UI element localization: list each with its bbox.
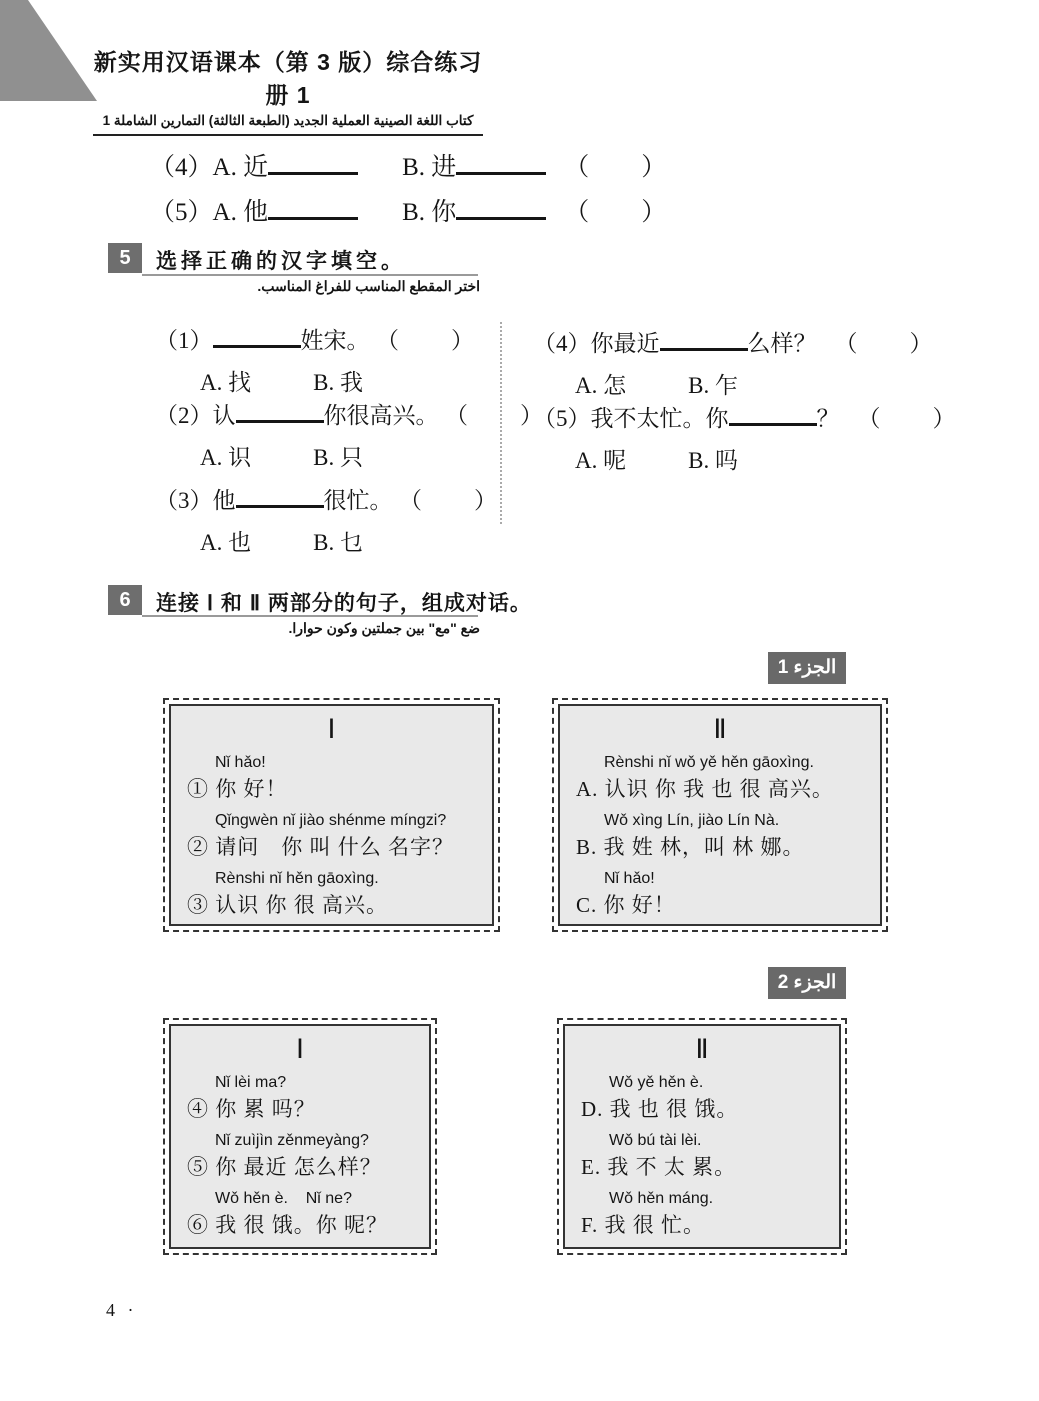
- question-number: （1）: [155, 328, 213, 353]
- part1-badge: الجزء 1: [768, 652, 846, 684]
- hanzi-line: ① 你 好！: [187, 773, 482, 803]
- match-box-part2-I: Ⅰ Nǐ lèi ma? ④ 你 累 吗？ Nǐ zuìjìn zěnmeyàn…: [163, 1018, 437, 1255]
- match-box-inner: Ⅰ Nǐ lèi ma? ④ 你 累 吗？ Nǐ zuìjìn zěnmeyàn…: [169, 1024, 431, 1249]
- item-number: （4）: [150, 154, 213, 181]
- question: （3）他很忙。（）: [155, 482, 497, 515]
- paren-close: ）: [933, 406, 956, 431]
- match-item: Rènshi nǐ wǒ yě hěn gāoxìng. A. 认识 你 我 也…: [576, 754, 870, 803]
- item-number: （5）: [150, 199, 213, 226]
- match-item: Wǒ bú tài lèi. E. 我 不 太 累。: [581, 1132, 829, 1181]
- option-a: A. 识: [200, 445, 251, 470]
- match-item: Wǒ hěn è. Nǐ ne? ⑥ 我 很 饿。你 呢？: [187, 1190, 419, 1239]
- choice-b: B. 进: [402, 154, 456, 181]
- option-b: B. 乜: [313, 530, 363, 555]
- match-box-title: Ⅰ: [181, 1034, 419, 1065]
- answer-parentheses: （）: [457, 403, 544, 428]
- match-box-title: Ⅰ: [181, 714, 482, 745]
- option-a: A. 找: [200, 370, 251, 395]
- option-a: A. 怎: [575, 373, 626, 398]
- paren-open: （: [388, 328, 400, 353]
- section5-instruction-arabic: اختر المقطع المناسب للفراغ المناسب.: [165, 278, 480, 295]
- question-text: 认: [213, 403, 236, 428]
- match-item: Nǐ hǎo! ① 你 好！: [187, 754, 482, 803]
- options-row: A. 识B. 只: [200, 439, 363, 472]
- pinyin-line: Wǒ hěn máng.: [609, 1190, 829, 1208]
- hanzi-line: F. 我 很 忙。: [581, 1209, 829, 1239]
- paren-open: （: [564, 199, 589, 226]
- hanzi-line: E. 我 不 太 累。: [581, 1151, 829, 1181]
- options-row: A. 也B. 乜: [200, 524, 363, 557]
- answer-parentheses: （）: [411, 488, 498, 513]
- corner-triangle-decoration: [0, 0, 100, 101]
- option-b: B. 乍: [688, 373, 738, 398]
- pinyin-line: Nǐ lèi ma?: [215, 1074, 419, 1092]
- pinyin-line: Wǒ hěn è. Nǐ ne?: [215, 1190, 419, 1208]
- question-text: 么样？: [748, 331, 817, 356]
- options-row: A. 呢B. 吗: [575, 442, 738, 475]
- question-number: （4）: [533, 331, 591, 356]
- match-box-part1-I: Ⅰ Nǐ hǎo! ① 你 好！ Qǐngwèn nǐ jiào shénme …: [163, 698, 500, 932]
- section5-rule: [142, 274, 478, 276]
- pinyin-line: Wǒ xìng Lín, jiào Lín Nà.: [604, 812, 870, 830]
- pinyin-line: Wǒ bú tài lèi.: [609, 1132, 829, 1150]
- pinyin-line: Wǒ yě hěn è.: [609, 1074, 829, 1092]
- section6-rule: [142, 615, 478, 617]
- question-text: ？: [817, 406, 840, 431]
- hanzi-line: C. 你 好！: [576, 889, 870, 919]
- answer-blank: [456, 172, 546, 175]
- fill-blank: [729, 423, 817, 426]
- page-header: 新实用汉语课本（第 3 版）综合练习册 1 كتاب اللغة الصينية…: [93, 44, 483, 136]
- hanzi-line: B. 我 姓 林，叫 林 娜。: [576, 831, 870, 861]
- hanzi-line: ⑤ 你 最近 怎么样？: [187, 1151, 419, 1181]
- fill-blank: [236, 505, 324, 508]
- match-item: Nǐ zuìjìn zěnmeyàng? ⑤ 你 最近 怎么样？: [187, 1132, 419, 1181]
- fill-blank: [660, 348, 748, 351]
- paren-close: ）: [641, 154, 666, 181]
- question-number: （2）: [155, 403, 213, 428]
- paren-open: （: [564, 154, 589, 181]
- answer-blank: [268, 217, 358, 220]
- match-item: Nǐ hǎo! C. 你 好！: [576, 870, 870, 919]
- match-item: Qǐngwèn nǐ jiào shénme míngzi? ② 请问 你 叫 …: [187, 812, 482, 861]
- match-box-inner: Ⅱ Wǒ yě hěn è. D. 我 也 很 饿。 Wǒ bú tài lèi…: [563, 1024, 841, 1249]
- paren-open: （: [411, 488, 423, 513]
- paren-open: （: [858, 406, 881, 431]
- option-a: A. 呢: [575, 448, 626, 473]
- question: （4）你最近么样？（）: [533, 325, 933, 358]
- match-box-part2-II: Ⅱ Wǒ yě hěn è. D. 我 也 很 饿。 Wǒ bú tài lèi…: [557, 1018, 847, 1255]
- section6-title: 连接 Ⅰ 和 Ⅱ 两部分的句子，组成对话。: [156, 587, 532, 617]
- match-item: Wǒ yě hěn è. D. 我 也 很 饿。: [581, 1074, 829, 1123]
- answer-parentheses: （）: [858, 406, 956, 431]
- pinyin-line: Nǐ hǎo!: [215, 754, 482, 772]
- match-box-inner: Ⅱ Rènshi nǐ wǒ yě hěn gāoxìng. A. 认识 你 我…: [558, 704, 882, 926]
- question-text: 我不太忙。你: [591, 406, 729, 431]
- options-row: A. 找B. 我: [200, 364, 363, 397]
- answer-parentheses: （）: [388, 328, 475, 353]
- question-text: 你最近: [591, 331, 660, 356]
- options-row: A. 怎B. 乍: [575, 367, 738, 400]
- option-b: B. 吗: [688, 448, 738, 473]
- option-a: A. 也: [200, 530, 251, 555]
- answer-blank: [456, 217, 546, 220]
- choice-a: A. 他: [213, 199, 269, 226]
- pinyin-line: Nǐ hǎo!: [604, 870, 870, 888]
- question-text: 很忙。: [324, 488, 393, 513]
- section6-number-badge: 6: [108, 585, 142, 615]
- part2-badge: الجزء 2: [768, 967, 846, 999]
- match-box-title: Ⅱ: [575, 1034, 829, 1065]
- choice-a: A. 近: [213, 154, 269, 181]
- match-item: Wǒ xìng Lín, jiào Lín Nà. B. 我 姓 林，叫 林 娜…: [576, 812, 870, 861]
- pinyin-line: Nǐ zuìjìn zěnmeyàng?: [215, 1132, 419, 1150]
- exercise4-row: （5）A. 他B. 你（）: [150, 192, 666, 228]
- question-text: 姓宋。: [301, 328, 370, 353]
- hanzi-line: ④ 你 累 吗？: [187, 1093, 419, 1123]
- question-text: 你很高兴。: [324, 403, 439, 428]
- paren-close: ）: [641, 199, 666, 226]
- hanzi-line: A. 认识 你 我 也 很 高兴。: [576, 773, 870, 803]
- page-number: 4 ·: [106, 1300, 138, 1321]
- fill-blank: [213, 345, 301, 348]
- book-title-chinese: 新实用汉语课本（第 3 版）综合练习册 1: [93, 44, 483, 110]
- paren-close: ）: [474, 488, 497, 513]
- match-box-title: Ⅱ: [570, 714, 870, 745]
- paren-close: ）: [910, 331, 933, 356]
- hanzi-line: ③ 认识 你 很 高兴。: [187, 889, 482, 919]
- question: （5）我不太忙。你？（）: [533, 400, 956, 433]
- option-b: B. 只: [313, 445, 363, 470]
- section6-instruction-arabic: ضع "مع" بين جملتين وكون حوارا.: [180, 620, 480, 637]
- answer-parentheses: （）: [835, 331, 933, 356]
- question-text: 他: [213, 488, 236, 513]
- pinyin-line: Rènshi nǐ wǒ yě hěn gāoxìng.: [604, 754, 870, 772]
- match-box-part1-II: Ⅱ Rènshi nǐ wǒ yě hěn gāoxìng. A. 认识 你 我…: [552, 698, 888, 932]
- book-title-arabic: كتاب اللغة الصينية العملية الجديد (الطبع…: [93, 113, 483, 129]
- match-item: Rènshi nǐ hěn gāoxìng. ③ 认识 你 很 高兴。: [187, 870, 482, 919]
- question-number: （5）: [533, 406, 591, 431]
- pinyin-line: Qǐngwèn nǐ jiào shénme míngzi?: [215, 812, 482, 830]
- question: （2）认你很高兴。（）: [155, 397, 543, 430]
- fill-blank: [236, 420, 324, 423]
- match-item: Nǐ lèi ma? ④ 你 累 吗？: [187, 1074, 419, 1123]
- hanzi-line: D. 我 也 很 饿。: [581, 1093, 829, 1123]
- match-box-inner: Ⅰ Nǐ hǎo! ① 你 好！ Qǐngwèn nǐ jiào shénme …: [169, 704, 494, 926]
- choice-b: B. 你: [402, 199, 456, 226]
- answer-parentheses: （）: [564, 199, 666, 226]
- hanzi-line: ② 请问 你 叫 什么 名字？: [187, 831, 482, 861]
- pinyin-line: Rènshi nǐ hěn gāoxìng.: [215, 870, 482, 888]
- match-item: Wǒ hěn máng. F. 我 很 忙。: [581, 1190, 829, 1239]
- answer-parentheses: （）: [564, 154, 666, 181]
- paren-open: （: [457, 403, 469, 428]
- paren-open: （: [835, 331, 858, 356]
- paren-close: ）: [451, 328, 474, 353]
- question-number: （3）: [155, 488, 213, 513]
- hanzi-line: ⑥ 我 很 饿。你 呢？: [187, 1209, 419, 1239]
- question: （1）姓宋。（）: [155, 322, 474, 355]
- workbook-page: 新实用汉语课本（第 3 版）综合练习册 1 كتاب اللغة الصينية…: [0, 0, 1039, 1401]
- section5-number-badge: 5: [108, 243, 142, 273]
- section5-title: 选择正确的汉字填空。: [156, 245, 406, 275]
- answer-blank: [268, 172, 358, 175]
- exercise4-row: （4）A. 近B. 进（）: [150, 147, 666, 183]
- option-b: B. 我: [313, 370, 363, 395]
